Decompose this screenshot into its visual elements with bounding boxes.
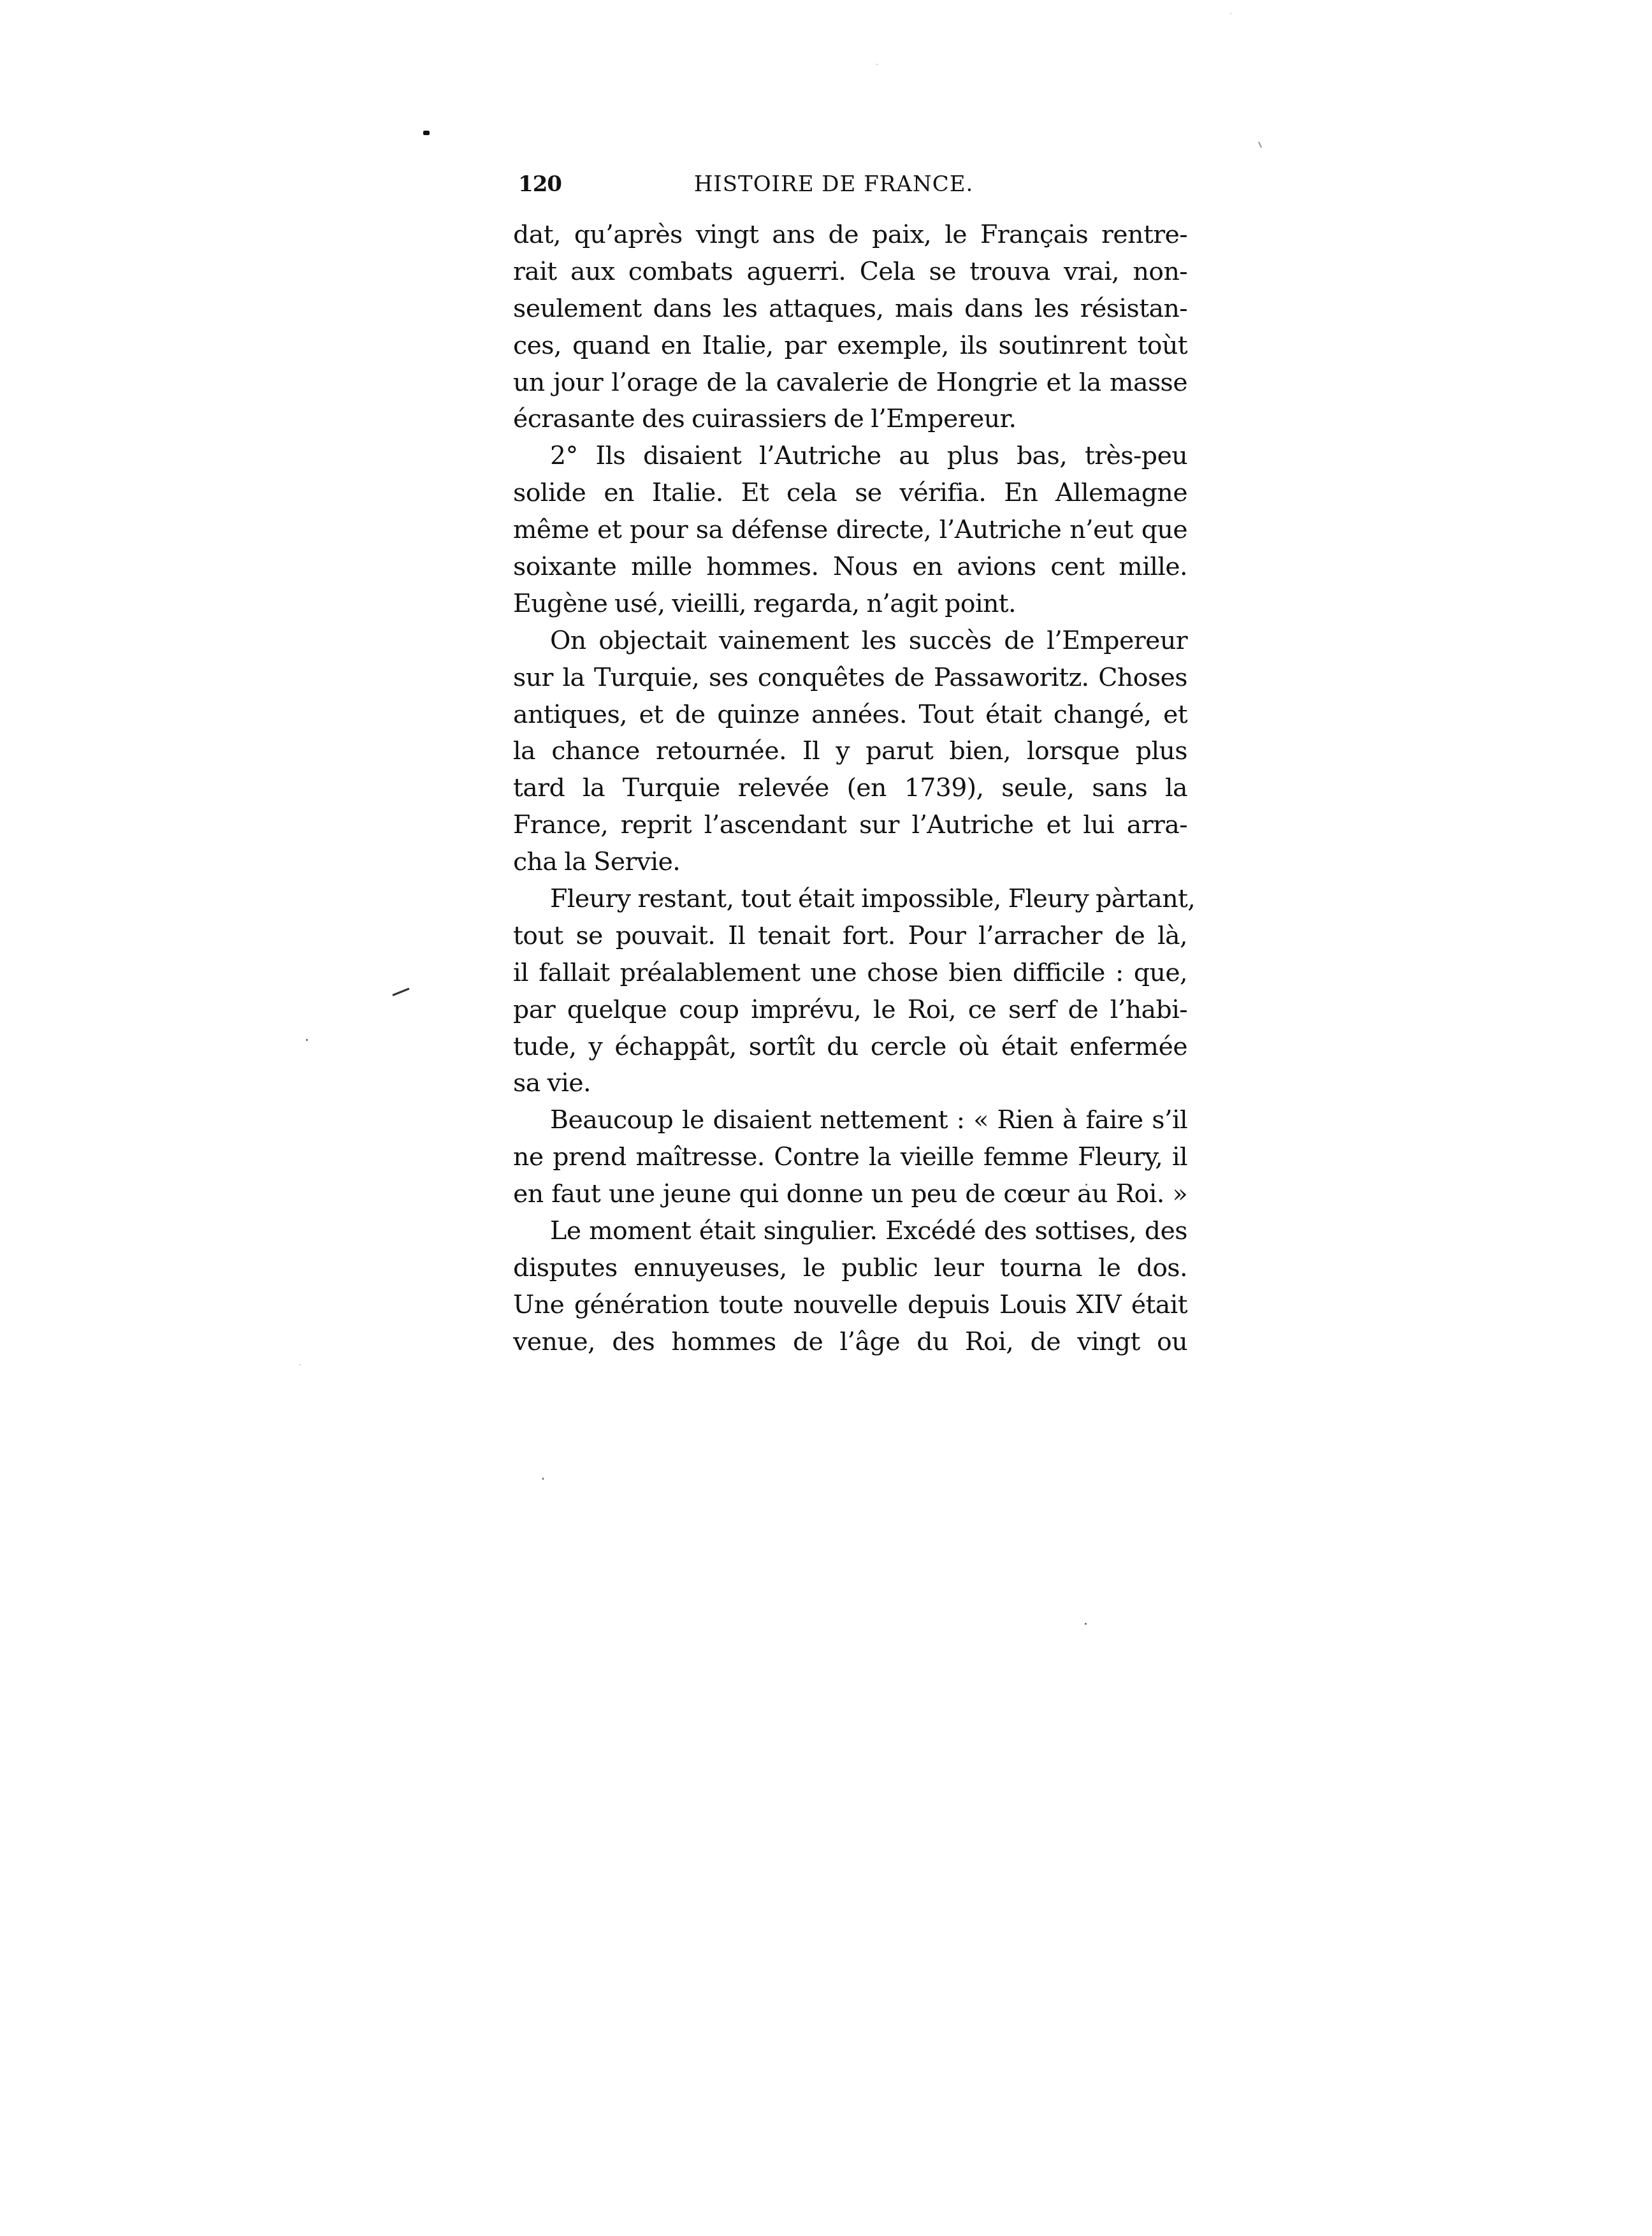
text-line: antiques, et de quinze années. Tout étai… <box>513 697 1187 734</box>
book-page: 120 HISTOIRE DE FRANCE. dat, qu’après vi… <box>0 0 1652 2236</box>
text-line: Fleury restant, tout était impossible, F… <box>513 881 1187 918</box>
running-title: HISTOIRE DE FRANCE. <box>513 167 1154 201</box>
text-line: sa vie. <box>513 1065 1187 1102</box>
text-line: cha la Servie. <box>513 844 1187 881</box>
text-line: même et pour sa défense directe, l’Autri… <box>513 512 1187 549</box>
running-head: 120 HISTOIRE DE FRANCE. <box>513 167 1187 201</box>
text-line: Le moment était singulier. Excédé des so… <box>513 1213 1187 1250</box>
body-text: dat, qu’après vingt ans de paix, le Fran… <box>513 217 1187 1361</box>
text-line: tude, y échappât, sortît du cercle où ét… <box>513 1029 1187 1066</box>
ink-stroke <box>392 988 409 996</box>
text-line: soixante mille hommes. Nous en avions ce… <box>513 549 1187 586</box>
text-line: par quelque coup imprévu, le Roi, ce ser… <box>513 992 1187 1029</box>
text-line: ces, quand en Italie, par exemple, ils s… <box>513 328 1187 365</box>
text-line: France, reprit l’ascendant sur l’Autrich… <box>513 807 1187 844</box>
text-line: On objectait vainement les succès de l’E… <box>513 623 1187 660</box>
ink-speck <box>1258 142 1262 148</box>
text-line: la chance retournée. Il y parut bien, lo… <box>513 733 1187 770</box>
text-line: il fallait préalablement une chose bien … <box>513 955 1187 992</box>
text-line: écrasante des cuirassiers de l’Empereur. <box>513 401 1187 438</box>
text-line: disputes ennuyeuses, le public leur tour… <box>513 1250 1187 1287</box>
text-line: en faut une jeune qui donne un peu de cœ… <box>513 1176 1187 1213</box>
ink-speck <box>1085 1623 1087 1625</box>
text-line: solide en Italie. Et cela se vérifia. En… <box>513 475 1187 512</box>
text-line: Beaucoup le disaient nettement : « Rien … <box>513 1102 1187 1139</box>
text-line: rait aux combats aguerri. Cela se trouva… <box>513 254 1187 291</box>
ink-mark <box>423 131 430 135</box>
ink-speck <box>876 64 878 65</box>
ink-speck <box>306 1039 308 1041</box>
text-line: un jour l’orage de la cavalerie de Hongr… <box>513 365 1187 402</box>
text-line: tard la Turquie relevée (en 1739), seule… <box>513 770 1187 807</box>
text-line: venue, des hommes de l’âge du Roi, de vi… <box>513 1324 1187 1361</box>
text-line: Une génération toute nouvelle depuis Lou… <box>513 1287 1187 1324</box>
text-line: Eugène usé, vieilli, regarda, n’agit poi… <box>513 586 1187 623</box>
text-line: ne prend maîtresse. Contre la vieille fe… <box>513 1139 1187 1176</box>
text-line: 2° Ils disaient l’Autriche au plus bas, … <box>513 438 1187 475</box>
ink-speck <box>1230 13 1231 14</box>
text-line: seulement dans les attaques, mais dans l… <box>513 291 1187 328</box>
ink-speck <box>300 1364 301 1365</box>
text-line: dat, qu’après vingt ans de paix, le Fran… <box>513 217 1187 254</box>
text-line: tout se pouvait. Il tenait fort. Pour l’… <box>513 918 1187 955</box>
ink-speck <box>542 1477 544 1480</box>
text-line: sur la Turquie, ses conquêtes de Passawo… <box>513 660 1187 697</box>
